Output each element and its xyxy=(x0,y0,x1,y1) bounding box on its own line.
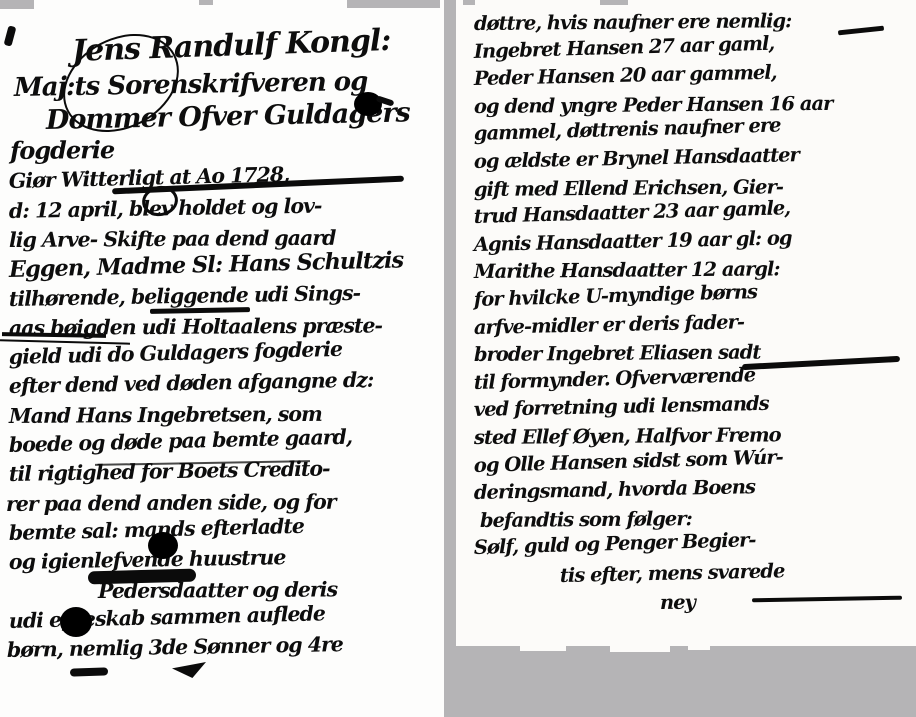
manuscript-line: børn, nemlig 3de Sønner og 4re xyxy=(7,632,444,669)
scanned-document: Jens Randulf Kongl:Maj:ts Sorenskrifvere… xyxy=(0,0,916,717)
scanner-gutter xyxy=(444,0,456,717)
page-edge-fragment xyxy=(520,646,566,651)
scanner-edge-tab xyxy=(463,0,475,5)
scanner-edge-tab xyxy=(0,0,34,9)
manuscript-line: tis efter, mens svarede xyxy=(560,558,916,593)
manuscript-page-right: døttre, hvis naufner ere nemlig:Ingebret… xyxy=(456,0,916,646)
manuscript-line: d: 12 april, blev holdet og lov- xyxy=(9,193,444,230)
manuscript-line: Agnis Hansdaatter 19 aar gl: og xyxy=(474,225,916,262)
manuscript-line: arfve-midler er deris fader- xyxy=(474,308,916,345)
ink-smear xyxy=(70,667,108,676)
ink-blot xyxy=(60,607,92,637)
manuscript-line: fogderie xyxy=(10,134,444,163)
manuscript-line: efter dend ved døden afgangne dz: xyxy=(9,369,444,406)
manuscript-line: deringsmand, hvorda Boens xyxy=(474,474,916,511)
scanner-edge-tab xyxy=(199,0,213,5)
manuscript-line: og igienlefvende huustrue xyxy=(9,545,444,582)
page-edge-fragment xyxy=(610,646,670,652)
manuscript-line: ved forretning udi lensmands xyxy=(474,391,916,428)
scanner-edge-tab xyxy=(347,0,440,8)
manuscript-line: og ældste er Brynel Hansdaatter xyxy=(474,143,916,180)
ink-blot xyxy=(148,532,178,559)
manuscript-line: Peder Hansen 20 aar gammel, xyxy=(474,60,916,97)
page-edge-fragment xyxy=(688,646,710,650)
scanner-edge-tab xyxy=(600,0,628,5)
